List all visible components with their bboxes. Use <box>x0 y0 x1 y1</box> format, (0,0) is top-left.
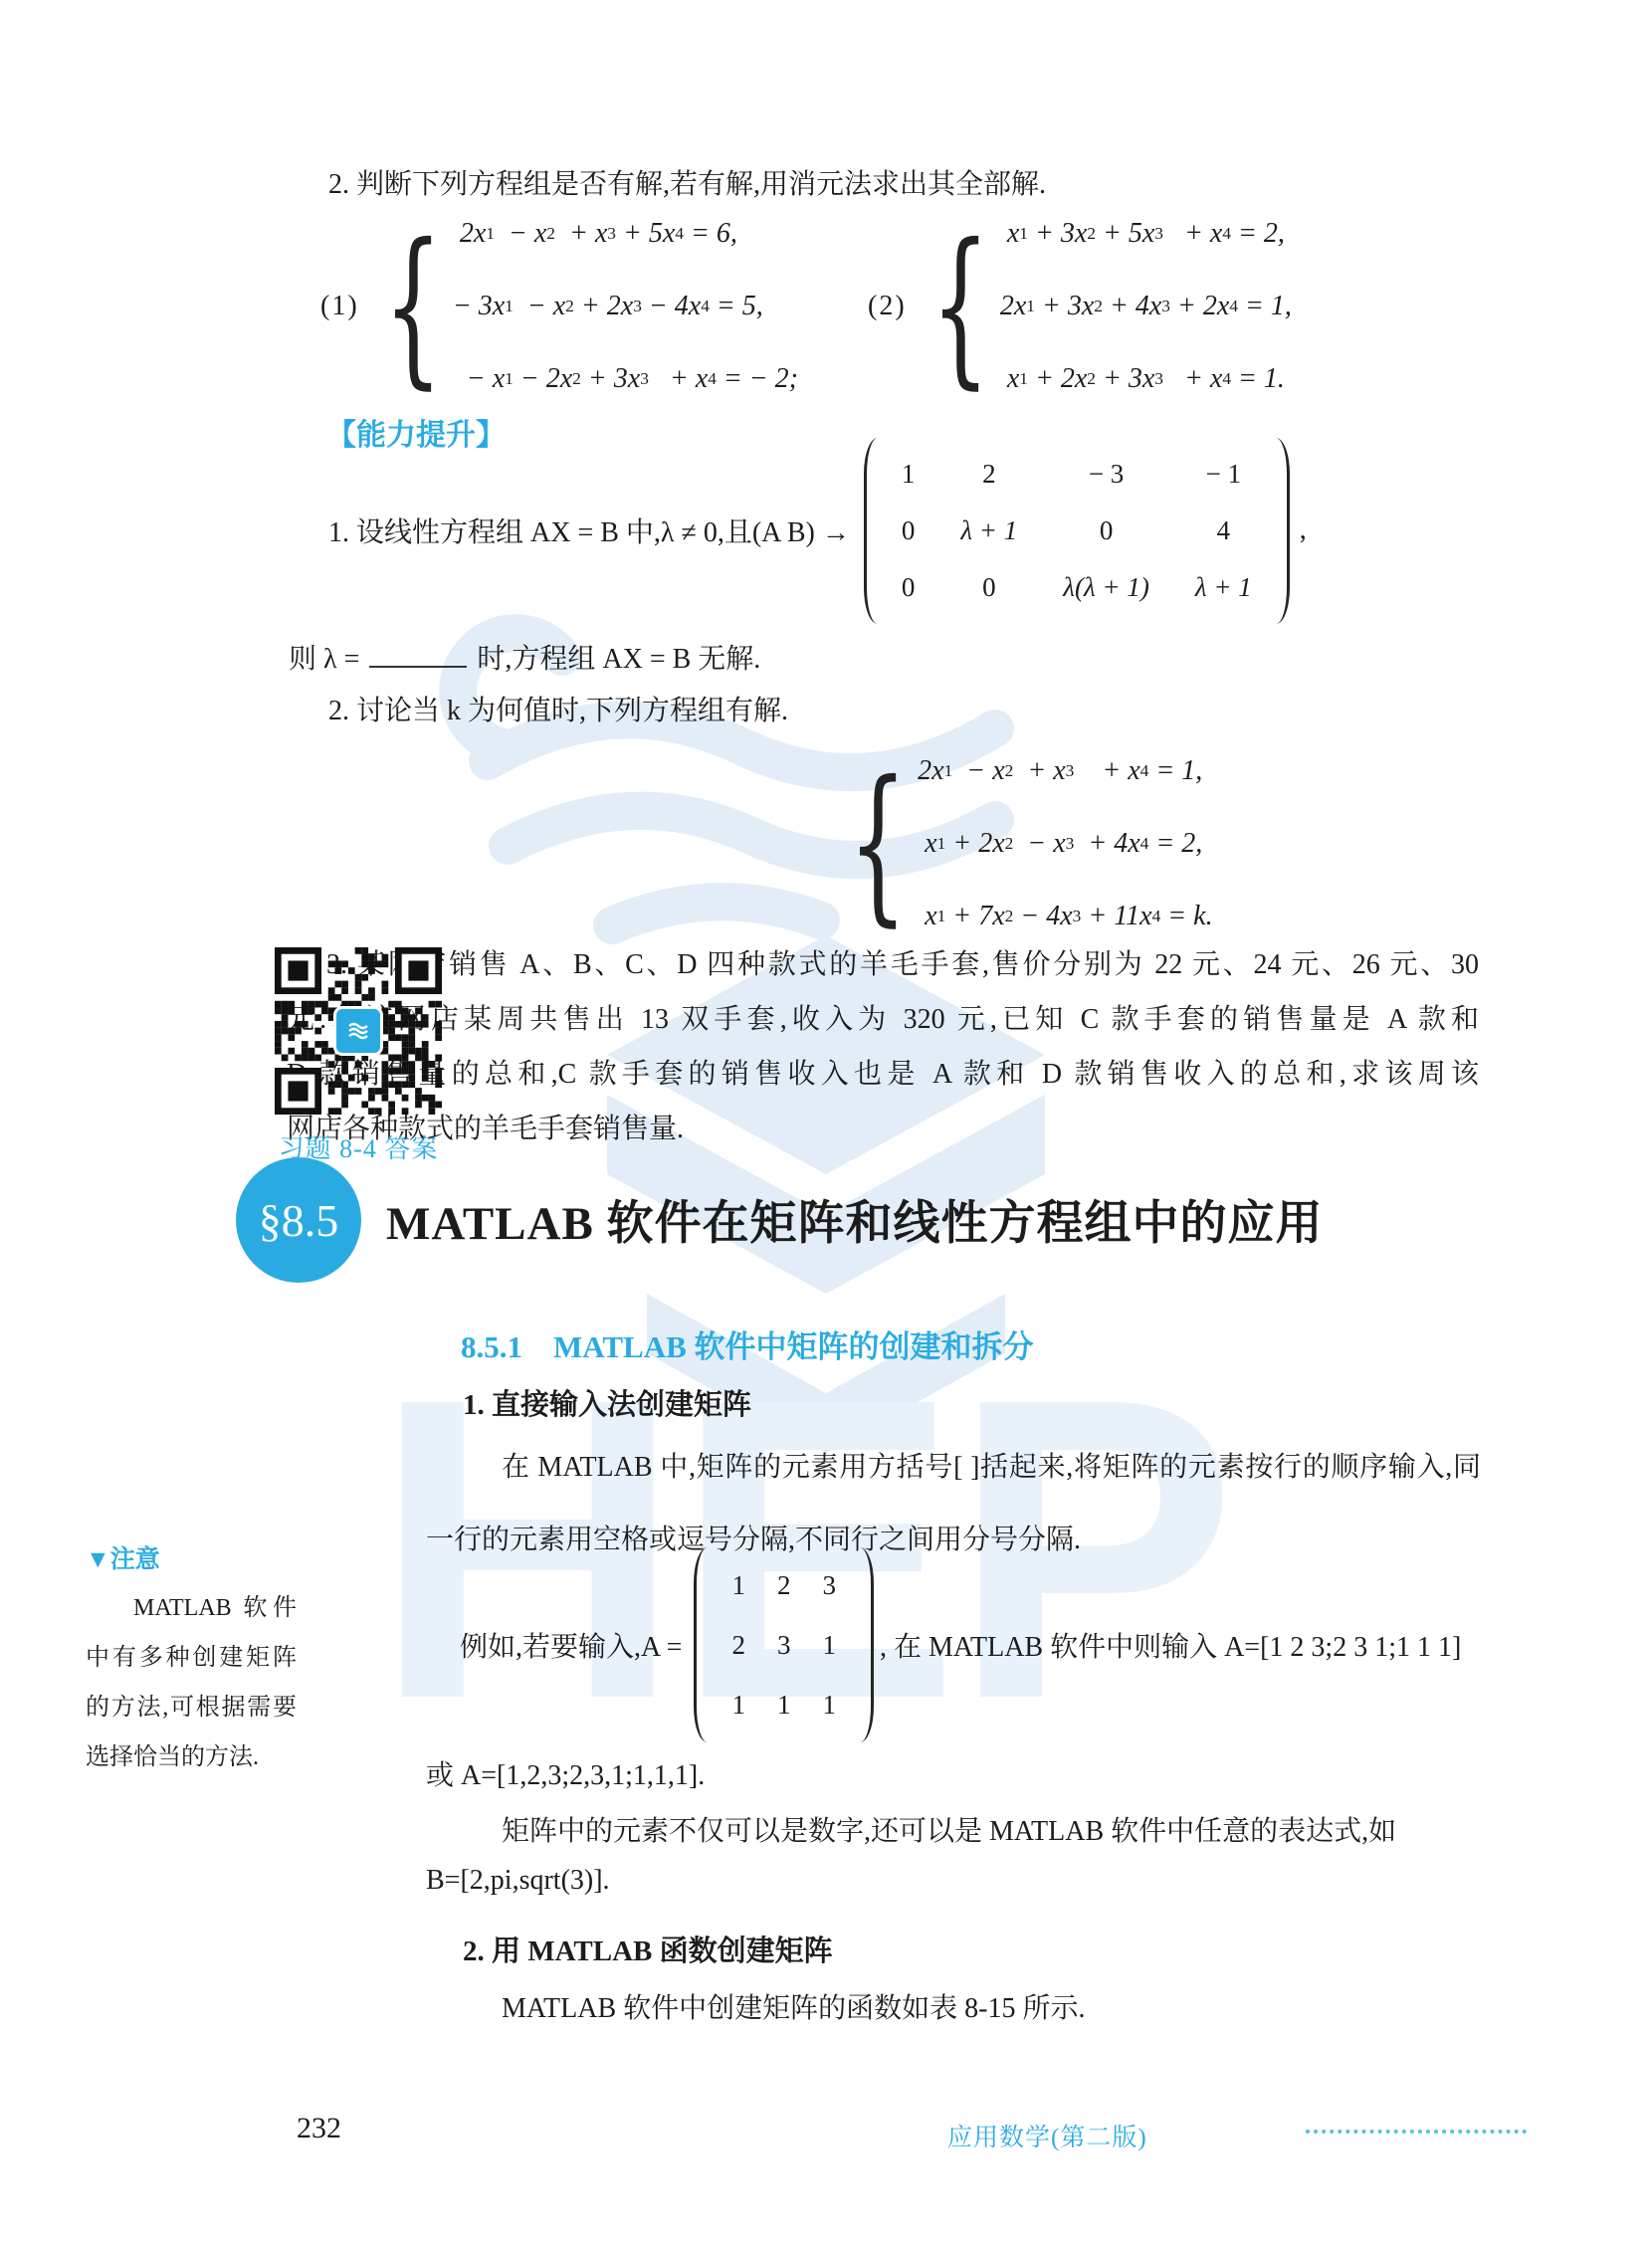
matrix-cells: 1 2 − 3 − 1 0 λ + 1 0 4 0 0 λ(λ + 1) λ +… <box>882 438 1272 624</box>
matrix-cell: − 3 <box>1089 446 1124 503</box>
note-label: 注意 <box>110 1546 160 1573</box>
matrix-cell: 1 <box>731 1555 745 1615</box>
matrix-cell: λ + 1 <box>1195 559 1252 616</box>
system-1-equations: 2x1 − x2 + x3 + 5x4 = 6, − 3x1 − x2 + 2x… <box>453 197 798 415</box>
system-2-equations: x1 + 3x2 + 5x3 + x4 = 2, 2x1 + 3x2 + 4x3… <box>1000 197 1292 415</box>
example-suffix: , 在 MATLAB 软件中则输入 A=[1 2 3;2 3 1;1 1 1] <box>880 1625 1461 1665</box>
matrix-cell: 1 <box>777 1675 791 1734</box>
matrix-A-cells: 1 2 3 2 3 1 1 1 1 <box>712 1547 856 1742</box>
matrix-cell: 2 <box>731 1615 745 1675</box>
equation: x1 + 3x2 + 5x3 + x4 = 2, <box>1000 197 1292 270</box>
equation: 2x1 − x2 + x3 + x4 = 1, <box>918 734 1212 807</box>
matrix-cell: 0 <box>902 559 916 616</box>
system-2-label: (2) <box>868 291 907 322</box>
matrix-cell: − 1 <box>1206 446 1241 503</box>
augmented-matrix: 1 2 − 3 − 1 0 λ + 1 0 4 0 0 λ(λ + 1) λ +… <box>864 438 1290 624</box>
example-prefix: 例如,若要输入,A = <box>460 1625 682 1665</box>
page-number: 232 <box>297 2112 341 2145</box>
left-paren <box>694 1547 712 1742</box>
note-text: MATLAB 软件中有多种创建矩阵的方法,可根据需要选择恰当的方法. <box>86 1583 297 1782</box>
alternative-input-line: 或 A=[1,2,3;2,3,1;1,1,1]. <box>426 1753 705 1793</box>
matrix-A: 1 2 3 2 3 1 1 1 1 <box>694 1547 874 1742</box>
hep-logo-icon <box>333 1006 383 1056</box>
paragraph-table-ref: MATLAB 软件中创建矩阵的函数如表 8-15 所示. <box>426 1986 1481 2026</box>
problem-2-statement: 2. 判断下列方程组是否有解,若有解,用消元法求出其全部解. <box>328 162 1046 202</box>
system-1-label: (1) <box>320 291 359 322</box>
matrix-cell: 1 <box>902 446 916 503</box>
equation: − x1 − 2x2 + 3x3 + x4 = − 2; <box>453 342 798 415</box>
equation: 2x1 − x2 + x3 + 5x4 = 6, <box>453 197 798 270</box>
matrix-cell: 0 <box>902 503 916 559</box>
matrix-cell: 4 <box>1217 503 1231 559</box>
note-block: ▼注意 MATLAB 软件中有多种创建矩阵的方法,可根据需要选择恰当的方法. <box>86 1539 297 1782</box>
system-k-equations: 2x1 − x2 + x3 + x4 = 1, x1 + 2x2 − x3 + … <box>918 734 1212 952</box>
matrix-cell: 3 <box>777 1615 791 1675</box>
expression-example: B=[2,pi,sqrt(3)]. <box>426 1865 610 1897</box>
problem-1-answer-line: 则 λ =时,方程组 AX = B 无解. <box>289 637 760 677</box>
textbook-page: HEP 2. 判断下列方程组是否有解,若有解,用消元法求出其全部解. (1) {… <box>0 0 1652 2241</box>
answer-prefix: 则 λ = <box>289 644 359 675</box>
equation: x1 + 2x2 − x3 + 4x4 = 2, <box>918 807 1212 880</box>
left-brace: { <box>930 222 989 391</box>
note-heading: ▼注意 <box>86 1539 297 1575</box>
matrix-cell: λ + 1 <box>960 503 1017 559</box>
qr-code <box>275 947 442 1115</box>
subsection-heading: 8.5.1 MATLAB 软件中矩阵的创建和拆分 <box>461 1322 1034 1366</box>
matrix-cell: 1 <box>731 1675 745 1734</box>
left-paren <box>864 438 882 624</box>
matrix-cell: 1 <box>822 1615 836 1675</box>
matrix-cell: 1 <box>822 1675 836 1734</box>
matrix-comma: , <box>1300 514 1307 546</box>
example-matrix-row: 例如,若要输入,A = 1 2 3 2 3 1 1 1 1 , 在 MATLAB… <box>460 1550 1461 1739</box>
left-brace: { <box>848 759 907 928</box>
direct-input-heading: 1. 直接输入法创建矩阵 <box>463 1382 751 1423</box>
paragraph-expression: 矩阵中的元素不仅可以是数字,还可以是 MATLAB 软件中任意的表达式,如 <box>426 1809 1481 1849</box>
function-create-heading: 2. 用 MATLAB 函数创建矩阵 <box>463 1929 833 1969</box>
equation-system-2: (2) { x1 + 3x2 + 5x3 + x4 = 2, 2x1 + 3x2… <box>868 197 1292 415</box>
right-paren <box>856 1547 874 1742</box>
ability-problem-2: 2. 讨论当 k 为何值时,下列方程组有解. <box>328 689 788 728</box>
answer-blank <box>369 639 467 668</box>
matrix-cell: 0 <box>1100 503 1114 559</box>
ability-problem-1: 1. 设线性方程组 AX = B 中,λ ≠ 0,且(A B) → 1 2 − … <box>328 440 1307 621</box>
qr-code-block: 习题 8-4 答案 <box>247 947 470 1165</box>
section-title: MATLAB 软件在矩阵和线性方程组中的应用 <box>386 1186 1324 1253</box>
equation: − 3x1 − x2 + 2x3 − 4x4 = 5, <box>453 270 798 342</box>
matrix-cell: 2 <box>982 446 996 503</box>
equation-system-k: { 2x1 − x2 + x3 + x4 = 1, x1 + 2x2 − x3 … <box>834 734 1213 952</box>
equation: x1 + 2x2 + 3x3 + x4 = 1. <box>1000 342 1292 415</box>
matrix-cell: λ(λ + 1) <box>1063 559 1149 616</box>
footer-dotted-line <box>1306 2130 1527 2134</box>
matrix-cell: 2 <box>777 1555 791 1615</box>
left-brace: { <box>383 222 442 391</box>
book-title: 应用数学(第二版) <box>947 2118 1147 2153</box>
answer-suffix: 时,方程组 AX = B 无解. <box>477 644 760 675</box>
problem-1-text: 1. 设线性方程组 AX = B 中,λ ≠ 0,且(A B) → <box>328 510 850 550</box>
matrix-cell: 3 <box>822 1555 836 1615</box>
matrix-cell: 0 <box>982 559 996 616</box>
section-badge: §8.5 <box>236 1157 361 1283</box>
equation-system-1: (1) { 2x1 − x2 + x3 + 5x4 = 6, − 3x1 − x… <box>320 197 798 415</box>
triangle-down-icon: ▼ <box>86 1546 110 1573</box>
right-paren <box>1272 438 1290 624</box>
equation: 2x1 + 3x2 + 4x3 + 2x4 = 1, <box>1000 270 1292 342</box>
